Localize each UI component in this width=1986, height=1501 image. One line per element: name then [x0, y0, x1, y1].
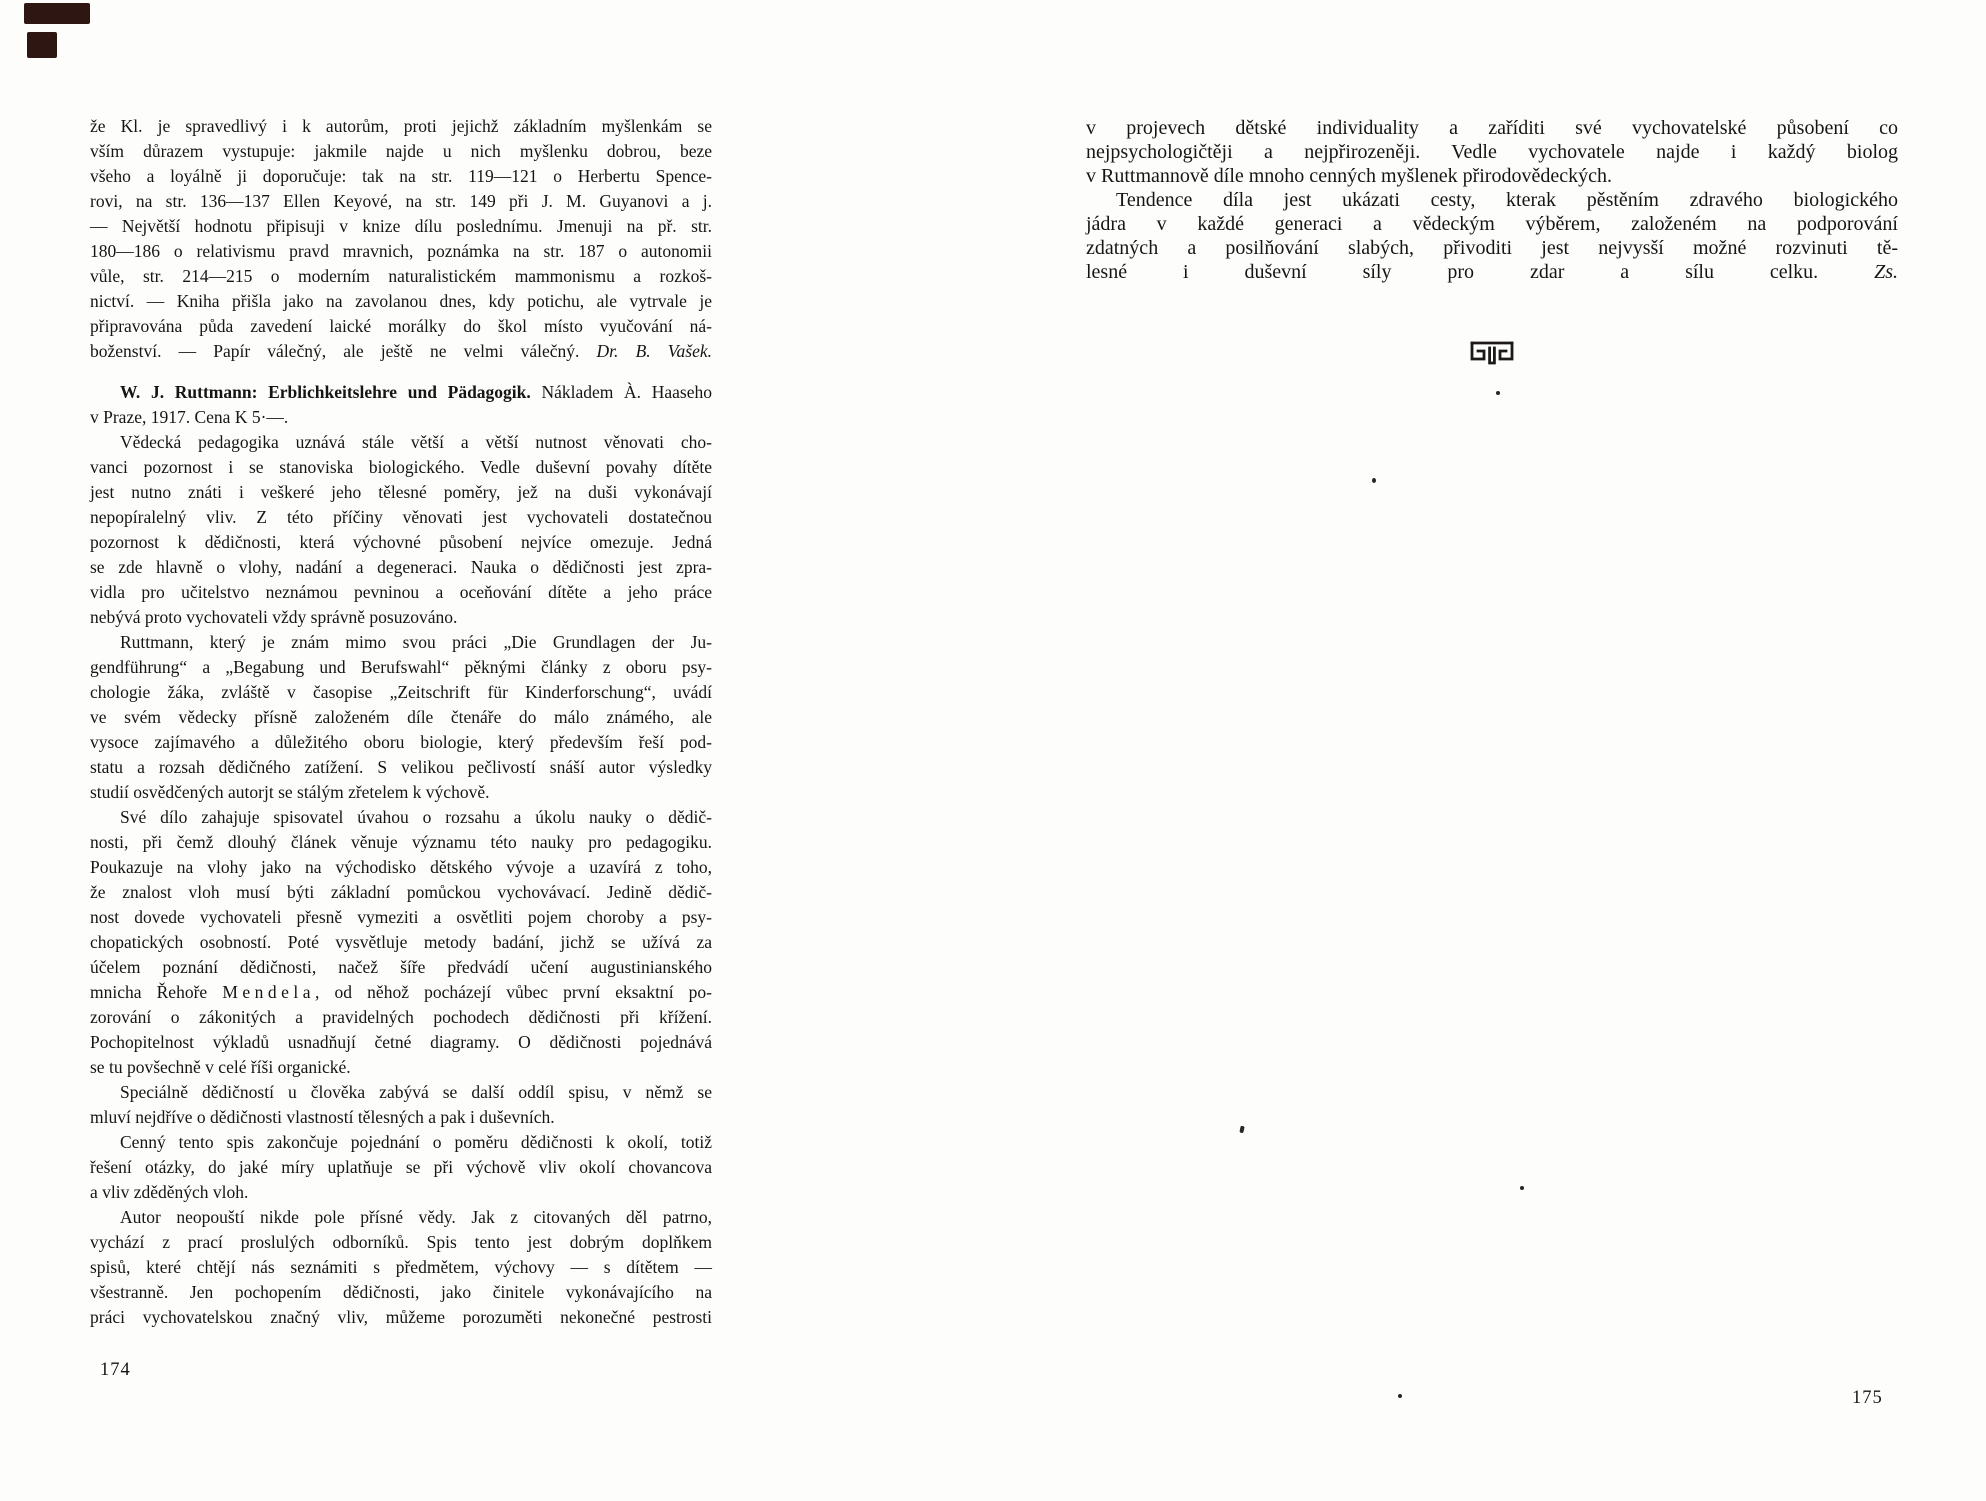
text-line: mnicha Řehoře Mendela, od něhož pocházej…: [90, 980, 712, 1005]
text-segment: Nákladem À. Haaseho: [531, 382, 712, 402]
text-line: boženství. — Papír válečný, ale ještě ne…: [90, 339, 712, 364]
text-segment: vanci pozornost i se stanoviska biologic…: [90, 457, 712, 477]
text-segment: nepopíralelný vliv. Z této příčiny věnov…: [90, 507, 712, 527]
text-line: Autor neopouští nikde pole přísné vědy. …: [90, 1205, 712, 1230]
text-line: vůle, str. 214—215 o moderním naturalist…: [90, 264, 712, 289]
text-segment: připravována půda zavedení laické morálk…: [90, 316, 712, 336]
text-line: vidla pro učitelstvo neznámou pevninou a…: [90, 580, 712, 605]
scan-speck: [1520, 1186, 1524, 1190]
text-line: se tu povšechně v celé říši organické.: [90, 1055, 712, 1080]
text-line: v Ruttmannově díle mnoho cenných myšlene…: [1086, 164, 1898, 188]
text-line: a vliv zděděných vloh.: [90, 1180, 712, 1205]
text-line: nepopíralelný vliv. Z této příčiny věnov…: [90, 505, 712, 530]
text-segment: nost dovede vychovateli přesně vymeziti …: [90, 907, 712, 927]
text-segment: se tu povšechně v celé říši organické.: [90, 1057, 351, 1077]
text-line: Své dílo zahajuje spisovatel úvahou o ro…: [90, 805, 712, 830]
text-segment: vychází z prací proslulých odborníků. Sp…: [90, 1232, 712, 1252]
text-line: vším důrazem vystupuje: jakmile najde u …: [90, 139, 712, 164]
text-line: Pochopitelnost výkladů usnadňují četné d…: [90, 1030, 712, 1055]
text-line: jest nutno znáti i veškeré jeho tělesné …: [90, 480, 712, 505]
text-segment: rovi, na str. 136—137 Ellen Keyové, na s…: [90, 191, 712, 211]
text-segment: zdatných a posilňování slabých, přivodit…: [1086, 237, 1898, 259]
text-segment: v Praze, 1917. Cena K 5·—.: [90, 407, 288, 427]
text-segment: W. J. Ruttmann: Erblichkeitslehre und Pä…: [120, 382, 531, 402]
page-number-left: 174: [100, 1360, 131, 1381]
text-line: statu a rozsah dědičného zatížení. S vel…: [90, 755, 712, 780]
text-segment: Cenný tento spis zakončuje pojednání o p…: [120, 1132, 712, 1152]
text-line: — Největší hodnotu připisuji v knize díl…: [90, 214, 712, 239]
text-line: nejpsychologičtěji a nejpřirozeněji. Ved…: [1086, 140, 1898, 164]
text-segment: všestranně. Jen pochopením dědičnosti, j…: [90, 1282, 712, 1302]
text-segment: nebývá proto vychovateli vždy správně po…: [90, 607, 457, 627]
text-line: pozornost k dědičnosti, která výchovné p…: [90, 530, 712, 555]
text-segment: ve svém vědecky přísně založeném díle čt…: [90, 707, 712, 727]
text-segment: vším důrazem vystupuje: jakmile najde u …: [90, 141, 712, 161]
text-line: v Praze, 1917. Cena K 5·—.: [90, 405, 712, 430]
text-segment: chopatických osobností. Poté vysvětluje …: [90, 932, 712, 952]
text-line: nosti, při čemž dlouhý článek věnuje výz…: [90, 830, 712, 855]
scan-artifact: [24, 3, 90, 24]
text-line: v projevech dětské individuality a zaříd…: [1086, 116, 1898, 140]
text-segment: mluví nejdříve o dědičnosti vlastností t…: [90, 1107, 555, 1127]
paragraph-continuation: že Kl. je spravedlivý i k autorům, proti…: [90, 114, 712, 364]
text-segment: mnicha Řehoře: [90, 982, 222, 1002]
text-line: chopatických osobností. Poté vysvětluje …: [90, 930, 712, 955]
book-review-heading-paragraph: W. J. Ruttmann: Erblichkeitslehre und Pä…: [90, 380, 712, 430]
text-segment: že znalost vloh musí býti základní pomůc…: [90, 882, 712, 902]
text-line: ve svém vědecky přísně založeném díle čt…: [90, 705, 712, 730]
text-segment: se zde hlavně o vlohy, nadání a degenera…: [90, 557, 712, 577]
text-line: že Kl. je spravedlivý i k autorům, proti…: [90, 114, 712, 139]
text-segment: Dr. B. Vašek.: [597, 341, 712, 361]
text-segment: všeho a loyálně ji doporučuje: tak na st…: [90, 166, 712, 186]
text-segment: jádra v každé generaci a vědeckým výběre…: [1086, 213, 1898, 235]
text-segment: boženství. — Papír válečný, ale ještě ne…: [90, 341, 597, 361]
text-segment: a vliv zděděných vloh.: [90, 1182, 248, 1202]
scan-speck: [1239, 1126, 1244, 1134]
scan-speck: [1372, 478, 1376, 483]
paragraph: Cenný tento spis zakončuje pojednání o p…: [90, 1130, 712, 1205]
text-segment: práci vychovatelskou značný vliv, můžeme…: [90, 1307, 712, 1327]
text-segment: nictví. — Kniha přišla jako na zavolanou…: [90, 291, 712, 311]
text-line: gendführung“ a „Begabung und Berufswahl“…: [90, 655, 712, 680]
text-line: rovi, na str. 136—137 Ellen Keyové, na s…: [90, 189, 712, 214]
text-line: Speciálně dědičností u člověka zabývá se…: [90, 1080, 712, 1105]
page-number-right: 175: [1852, 1388, 1883, 1409]
text-segment: , od něhož pocházejí vůbec první eksaktn…: [315, 982, 712, 1002]
text-line: studií osvědčených autorjt se stálým zře…: [90, 780, 712, 805]
text-line: zorování o zákonitých a pravidelných poc…: [90, 1005, 712, 1030]
right-page: v projevech dětské individuality a zaříd…: [1086, 116, 1898, 373]
text-line: vysoce zajímavého a důležitého oboru bio…: [90, 730, 712, 755]
paragraph: Své dílo zahajuje spisovatel úvahou o ro…: [90, 805, 712, 1080]
text-line: řešení otázky, do jaké míry uplatňuje se…: [90, 1155, 712, 1180]
text-segment: že Kl. je spravedlivý i k autorům, proti…: [90, 116, 712, 136]
text-line: Cenný tento spis zakončuje pojednání o p…: [90, 1130, 712, 1155]
text-segment: Speciálně dědičností u člověka zabývá se…: [120, 1082, 712, 1102]
text-segment: Tendence díla jest ukázati cesty, kterak…: [1116, 189, 1898, 211]
text-line: spisů, které chtějí nás seznámiti s před…: [90, 1255, 712, 1280]
text-line: účelem poznání dědičnosti, načež šíře př…: [90, 955, 712, 980]
text-line: chologie žáka, zvláště v časopise „Zeits…: [90, 680, 712, 705]
paragraph: Speciálně dědičností u člověka zabývá se…: [90, 1080, 712, 1130]
text-segment: jest nutno znáti i veškeré jeho tělesné …: [90, 482, 712, 502]
text-segment: Vědecká pedagogika uznává stále větší a …: [120, 432, 712, 452]
text-line: lesné i duševní síly pro zdar a sílu cel…: [1086, 260, 1898, 284]
text-line: práci vychovatelskou značný vliv, můžeme…: [90, 1305, 712, 1330]
text-line: W. J. Ruttmann: Erblichkeitslehre und Pä…: [90, 380, 712, 405]
text-segment: spisů, které chtějí nás seznámiti s před…: [90, 1257, 712, 1277]
paragraph: Vědecká pedagogika uznává stále větší a …: [90, 430, 712, 630]
text-line: mluví nejdříve o dědičnosti vlastností t…: [90, 1105, 712, 1130]
text-segment: Autor neopouští nikde pole přísné vědy. …: [120, 1207, 712, 1227]
paragraph: Autor neopouští nikde pole přísné vědy. …: [90, 1205, 712, 1330]
text-line: jádra v každé generaci a vědeckým výběre…: [1086, 212, 1898, 236]
paragraph-continuation: v projevech dětské individuality a zaříd…: [1086, 116, 1898, 188]
text-segment: gendführung“ a „Begabung und Berufswahl“…: [90, 657, 712, 677]
printer-ornament-icon: [1469, 338, 1515, 368]
text-segment: Zs.: [1874, 261, 1898, 283]
text-line: Tendence díla jest ukázati cesty, kterak…: [1086, 188, 1898, 212]
text-segment: Mendela: [222, 982, 315, 1002]
text-segment: chologie žáka, zvláště v časopise „Zeits…: [90, 682, 712, 702]
text-line: nost dovede vychovateli přesně vymeziti …: [90, 905, 712, 930]
text-segment: vidla pro učitelstvo neznámou pevninou a…: [90, 582, 712, 602]
text-segment: vůle, str. 214—215 o moderním naturalist…: [90, 266, 712, 286]
text-segment: účelem poznání dědičnosti, načež šíře př…: [90, 957, 712, 977]
text-segment: v Ruttmannově díle mnoho cenných myšlene…: [1086, 165, 1612, 187]
text-segment: Pochopitelnost výkladů usnadňují četné d…: [90, 1032, 712, 1052]
text-segment: — Největší hodnotu připisuji v knize díl…: [90, 216, 712, 236]
text-segment: Poukazuje na vlohy jako na východisko dě…: [90, 857, 712, 877]
text-segment: zorování o zákonitých a pravidelných poc…: [90, 1007, 712, 1027]
text-segment: lesné i duševní síly pro zdar a sílu cel…: [1086, 261, 1874, 283]
section-divider: [1086, 338, 1898, 373]
text-line: vanci pozornost i se stanoviska biologic…: [90, 455, 712, 480]
text-segment: v projevech dětské individuality a zaříd…: [1086, 117, 1898, 139]
text-line: všeho a loyálně ji doporučuje: tak na st…: [90, 164, 712, 189]
text-segment: nosti, při čemž dlouhý článek věnuje výz…: [90, 832, 712, 852]
paragraph: Ruttmann, který je znám mimo svou práci …: [90, 630, 712, 805]
text-segment: Ruttmann, který je znám mimo svou práci …: [120, 632, 712, 652]
scan-speck: [1496, 391, 1500, 395]
text-line: zdatných a posilňování slabých, přivodit…: [1086, 236, 1898, 260]
text-line: připravována půda zavedení laické morálk…: [90, 314, 712, 339]
text-line: Poukazuje na vlohy jako na východisko dě…: [90, 855, 712, 880]
text-line: Ruttmann, který je znám mimo svou práci …: [90, 630, 712, 655]
text-segment: nejpsychologičtěji a nejpřirozeněji. Ved…: [1086, 141, 1898, 163]
text-segment: řešení otázky, do jaké míry uplatňuje se…: [90, 1157, 712, 1177]
text-segment: statu a rozsah dědičného zatížení. S vel…: [90, 757, 712, 777]
text-line: nictví. — Kniha přišla jako na zavolanou…: [90, 289, 712, 314]
paragraph: Tendence díla jest ukázati cesty, kterak…: [1086, 188, 1898, 284]
text-segment: studií osvědčených autorjt se stálým zře…: [90, 782, 489, 802]
text-line: Vědecká pedagogika uznává stále větší a …: [90, 430, 712, 455]
text-line: nebývá proto vychovateli vždy správně po…: [90, 605, 712, 630]
text-segment: vysoce zajímavého a důležitého oboru bio…: [90, 732, 712, 752]
scan-speck: [1398, 1394, 1402, 1398]
text-segment: pozornost k dědičnosti, která výchovné p…: [90, 532, 712, 552]
text-line: že znalost vloh musí býti základní pomůc…: [90, 880, 712, 905]
text-line: vychází z prací proslulých odborníků. Sp…: [90, 1230, 712, 1255]
text-line: se zde hlavně o vlohy, nadání a degenera…: [90, 555, 712, 580]
text-line: 180—186 o relativismu pravd mravnich, po…: [90, 239, 712, 264]
text-segment: Své dílo zahajuje spisovatel úvahou o ro…: [120, 807, 712, 827]
left-page: že Kl. je spravedlivý i k autorům, proti…: [90, 114, 712, 1330]
text-segment: 180—186 o relativismu pravd mravnich, po…: [90, 241, 712, 261]
scan-artifact: [27, 32, 57, 58]
text-line: všestranně. Jen pochopením dědičnosti, j…: [90, 1280, 712, 1305]
